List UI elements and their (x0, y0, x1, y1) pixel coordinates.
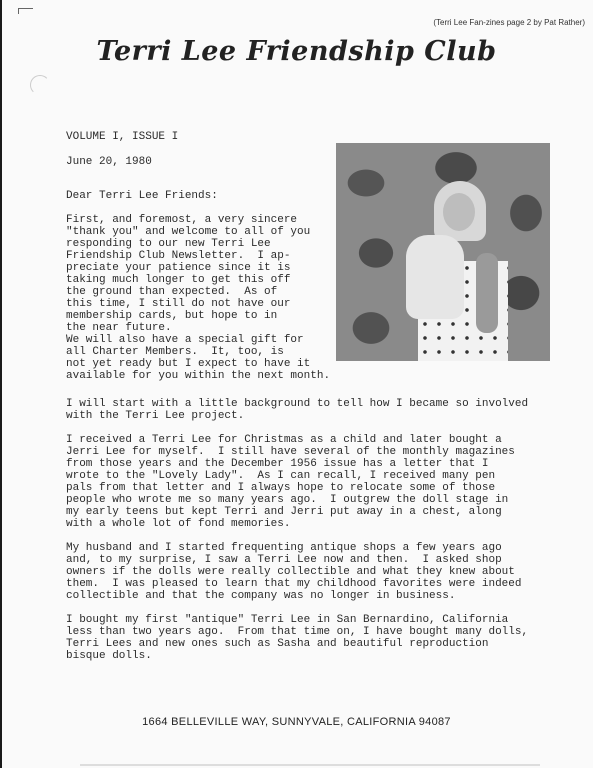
footer-address: 1664 BELLEVILLE WAY, SUNNYVALE, CALIFORN… (0, 716, 593, 728)
scan-edge (0, 0, 2, 768)
punch-hole (30, 75, 50, 95)
newsletter-title: Terri Lee Friendship Club (0, 36, 593, 67)
paragraph-welcome: First, and foremost, a very sincere "tha… (66, 214, 310, 334)
paragraph-childhood: I received a Terri Lee for Christmas as … (66, 434, 515, 530)
paragraph-gift: We will also have a special gift for all… (66, 334, 330, 382)
photo-arm (476, 253, 498, 333)
letter-date: June 20, 1980 (66, 156, 152, 168)
page-credit: (Terri Lee Fan-zines page 2 by Pat Rathe… (433, 18, 585, 27)
photo-doll (406, 235, 464, 319)
greeting: Dear Terri Lee Friends: (66, 190, 218, 202)
photo-face (443, 193, 475, 231)
photo-woman-with-doll (336, 143, 550, 361)
volume-issue: VOLUME I, ISSUE I (66, 131, 178, 143)
corner-mark (18, 8, 33, 14)
bottom-edge (80, 764, 540, 766)
paragraph-antique-shops: My husband and I started frequenting ant… (66, 542, 521, 602)
scanned-page: (Terri Lee Fan-zines page 2 by Pat Rathe… (0, 0, 593, 768)
paragraph-background: I will start with a little background to… (66, 398, 528, 422)
paragraph-first-purchase: I bought my first "antique" Terri Lee in… (66, 614, 528, 662)
